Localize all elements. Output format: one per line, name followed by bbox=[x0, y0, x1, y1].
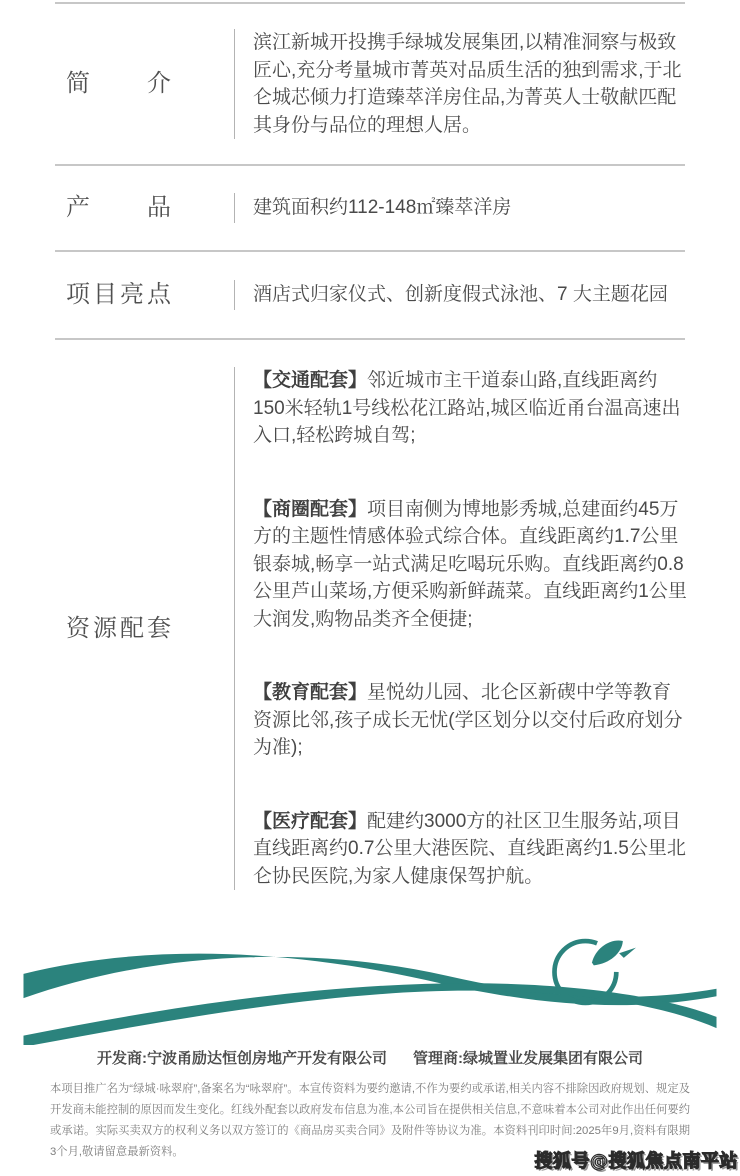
highlights-paragraph: 酒店式归家仪式、创新度假式泳池、7 大主题花园 bbox=[253, 281, 688, 309]
section-label-col: 资源配套 bbox=[0, 367, 234, 890]
business-tag: 【商圈配套】 bbox=[253, 499, 367, 520]
manager-name: 管理商:绿城置业发展集团有限公司 bbox=[413, 1050, 643, 1067]
section-highlights-text-col: 酒店式归家仪式、创新度假式泳池、7 大主题花园 bbox=[235, 280, 740, 310]
intro-paragraph: 滨江新城开投携手绿城发展集团,以精准洞察与极致匠心,充分考量城市菁英对品质生活的… bbox=[253, 29, 688, 139]
section-highlights: 项目亮点 酒店式归家仪式、创新度假式泳池、7 大主题花园 bbox=[0, 252, 740, 338]
section-highlights-label: 项目亮点 bbox=[66, 280, 171, 310]
section-intro-text-col: 滨江新城开投携手绿城发展集团,以精准洞察与极致匠心,充分考量城市菁英对品质生活的… bbox=[235, 29, 740, 139]
section-label-col: 项目亮点 bbox=[0, 280, 234, 310]
resources-medical-paragraph: 【医疗配套】配建约3000方的社区卫生服务站,项目直线距离约0.7公里大港医院、… bbox=[253, 808, 688, 891]
section-product: 产品 建筑面积约112-148㎡臻萃洋房 bbox=[0, 166, 740, 250]
section-resources-label: 资源配套 bbox=[66, 614, 171, 644]
section-product-label: 产品 bbox=[66, 193, 171, 223]
education-tag: 【教育配套】 bbox=[253, 682, 367, 703]
section-product-text-col: 建筑面积约112-148㎡臻萃洋房 bbox=[235, 193, 740, 223]
section-resources: 资源配套 【交通配套】邻近城市主干道泰山路,直线距离约150米轻轨1号线松花江路… bbox=[0, 340, 740, 935]
medical-tag: 【医疗配套】 bbox=[253, 811, 367, 832]
sohu-watermark: 搜狐号@搜狐焦点南平站 bbox=[535, 1147, 739, 1173]
section-label-col: 简介 bbox=[0, 29, 234, 139]
section-intro-label: 简介 bbox=[66, 69, 171, 99]
developer-name: 开发商:宁波甬励达恒创房地产开发有限公司 bbox=[97, 1050, 387, 1067]
section-intro: 简介 滨江新城开投携手绿城发展集团,以精准洞察与极致匠心,充分考量城市菁英对品质… bbox=[0, 4, 740, 164]
product-paragraph: 建筑面积约112-148㎡臻萃洋房 bbox=[253, 194, 688, 222]
section-label-col: 产品 bbox=[0, 193, 234, 223]
promo-page: 简介 滨江新城开投携手绿城发展集团,以精准洞察与极致匠心,充分考量城市菁英对品质… bbox=[0, 0, 740, 1176]
traffic-tag: 【交通配套】 bbox=[253, 370, 367, 391]
teal-wave-icon bbox=[0, 927, 740, 1045]
resources-business-paragraph: 【商圈配套】项目南侧为博地影秀城,总建面约45万方的主题性情感体验式综合体。直线… bbox=[253, 496, 688, 634]
wave-ribbon-graphic bbox=[0, 927, 740, 1045]
developer-line: 开发商:宁波甬励达恒创房地产开发有限公司管理商:绿城置业发展集团有限公司 bbox=[0, 1047, 740, 1068]
resources-traffic-paragraph: 【交通配套】邻近城市主干道泰山路,直线距离约150米轻轨1号线松花江路站,城区临… bbox=[253, 367, 688, 450]
section-resources-text-col: 【交通配套】邻近城市主干道泰山路,直线距离约150米轻轨1号线松花江路站,城区临… bbox=[235, 367, 740, 890]
resources-education-paragraph: 【教育配套】星悦幼儿园、北仑区新碶中学等教育资源比邻,孩子成长无忧(学区划分以交… bbox=[253, 679, 688, 762]
